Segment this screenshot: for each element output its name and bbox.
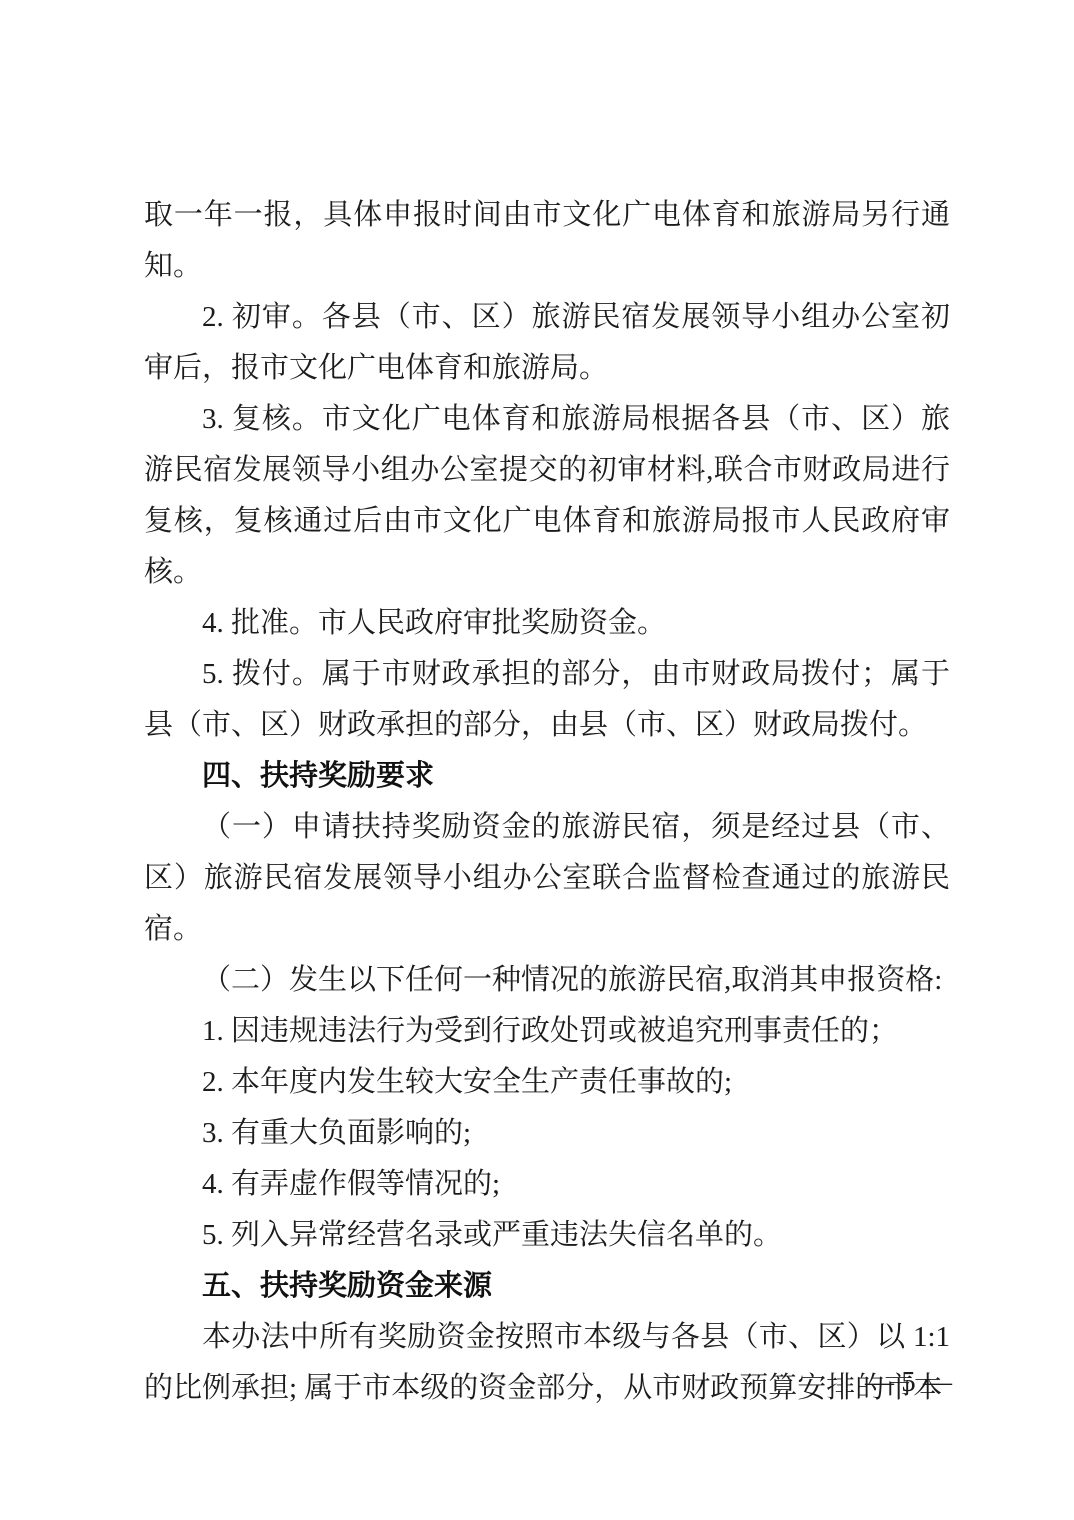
disqualify-item-3: 3. 有重大负面影响的; [144,1108,950,1159]
item-requirement-2: （二）发生以下任何一种情况的旅游民宿,取消其申报资格: [144,955,950,1006]
document-page: 取一年一报，具体申报时间由市文化广电体育和旅游局另行通知。 2. 初审。各县（市… [0,0,1074,1520]
funding-source-paragraph: 本办法中所有奖励资金按照市本级与各县（市、区）以 1:1 的比例承担; 属于市本… [144,1312,950,1414]
paragraph-continuation: 取一年一报，具体申报时间由市文化广电体育和旅游局另行通知。 [144,190,950,292]
disqualify-item-2: 2. 本年度内发生较大安全生产责任事故的; [144,1057,950,1108]
section-heading-5: 五、扶持奖励资金来源 [144,1261,950,1312]
numbered-item-5-disburse: 5. 拨付。属于市财政承担的部分，由市财政局拨付；属于县（市、区）财政承担的部分… [144,649,950,751]
document-body: 取一年一报，具体申报时间由市文化广电体育和旅游局另行通知。 2. 初审。各县（市… [144,190,950,1414]
numbered-item-2-review: 2. 初审。各县（市、区）旅游民宿发展领导小组办公室初审后，报市文化广电体育和旅… [144,292,950,394]
disqualify-item-5: 5. 列入异常经营名录或严重违法失信名单的。 [144,1210,950,1261]
item-requirement-1: （一）申请扶持奖励资金的旅游民宿，须是经过县（市、区）旅游民宿发展领导小组办公室… [144,802,950,955]
page-number: — 5 — [865,1362,952,1402]
disqualify-item-4: 4. 有弄虚作假等情况的; [144,1159,950,1210]
section-heading-4: 四、扶持奖励要求 [144,751,950,802]
numbered-item-4-approve: 4. 批准。市人民政府审批奖励资金。 [144,598,950,649]
disqualify-item-1: 1. 因违规违法行为受到行政处罚或被追究刑事责任的； [144,1006,950,1057]
numbered-item-3-recheck: 3. 复核。市文化广电体育和旅游局根据各县（市、区）旅游民宿发展领导小组办公室提… [144,394,950,598]
